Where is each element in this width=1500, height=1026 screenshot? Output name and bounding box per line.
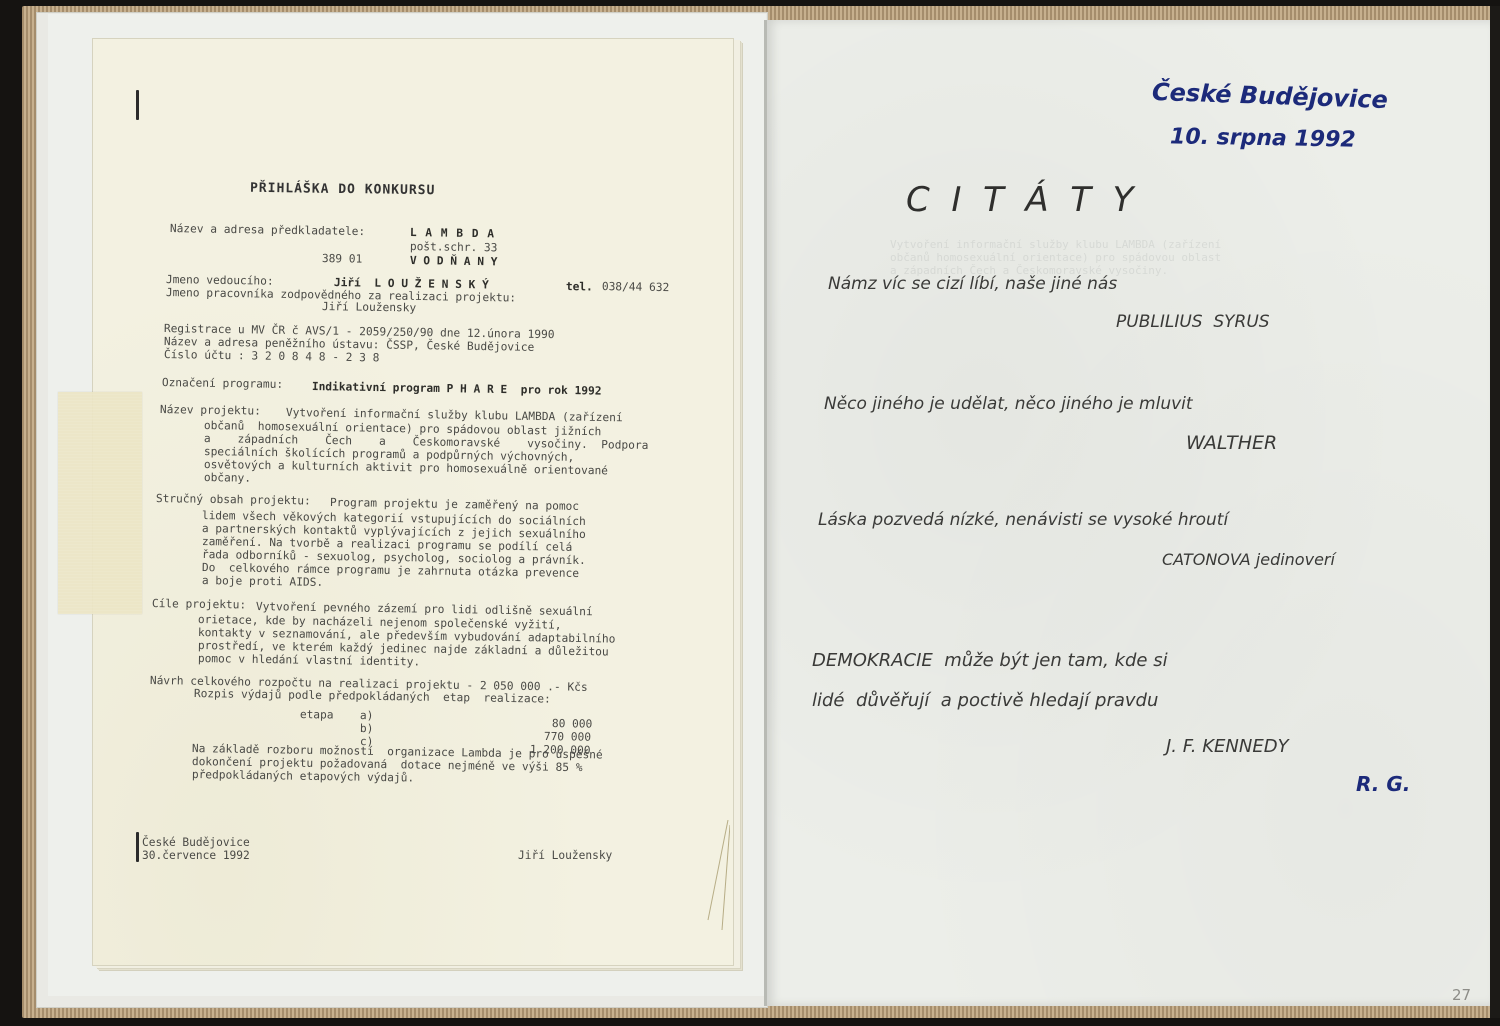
project-name-line: občany. [204, 471, 251, 485]
applicant-pobox: pošt.schr. 33 [410, 240, 498, 255]
leader-tel-label: tel. [566, 280, 593, 294]
document-place: České Budějovice [142, 836, 250, 849]
summary-line: a boje proti AIDS. [202, 574, 323, 589]
quote-text: Námz víc se cizí líbí, naše jiné nás [828, 274, 1117, 294]
quote-text: Láska pozvedá nízké, nenávisti se vysoké… [818, 510, 1228, 530]
quote-author: CATONOVA jedinoverí [1162, 550, 1335, 569]
handwritten-initials: R. G. [1356, 772, 1410, 796]
page-fold-marks [700, 820, 730, 960]
summary-label: Stručný obsah projektu: [156, 492, 311, 508]
applicant-zip: 389 01 [322, 252, 363, 266]
bleed-through-text: Vytvoření informační služby klubu LAMBDA… [890, 238, 1221, 277]
staple-bottom [136, 832, 139, 862]
quote-text: DEMOKRACIE může být jen tam, kde si [812, 650, 1168, 671]
quotes-heading: C I T Á T Y [906, 180, 1133, 220]
goals-label: Cíle projektu: [152, 597, 246, 612]
right-edge-shadow [1490, 6, 1500, 1018]
quote-author: J. F. KENNEDY [1166, 736, 1289, 757]
page-number: 27 [1452, 986, 1471, 1004]
stage-letter: a) [360, 709, 374, 722]
handwritten-date: 10. srpna 1992 [1170, 124, 1356, 152]
quote-text: lidé důvěřují a poctivě hledají pravdu [812, 690, 1158, 711]
stage-label: etapa [300, 708, 334, 722]
staple-top [136, 90, 139, 120]
quote-text: Něco jiného je udělat, něco jiného je ml… [824, 394, 1193, 414]
adhesive-tape [58, 392, 142, 614]
stage-letter: b) [360, 722, 374, 735]
project-name-label: Název projektu: [160, 403, 261, 418]
stage-amount: 80 000 [552, 717, 593, 731]
document-date: 30.července 1992 [142, 849, 250, 862]
applicant-city: V O D Ň A N Y [410, 254, 498, 269]
book-gutter [764, 20, 767, 1006]
applicant-name: L A M B D A [410, 226, 495, 241]
quote-author: PUBLILIUS SYRUS [1116, 312, 1270, 332]
document-title: PŘIHLÁŠKA DO KONKURSU [250, 181, 436, 199]
responsible-name: Jiří Loužensky [322, 300, 416, 315]
stage-amount: 770 000 [544, 730, 591, 744]
leader-tel: 038/44 632 [602, 280, 670, 294]
document-signature: Jiří Loužensky [518, 849, 612, 862]
quote-author: WALTHER [1186, 432, 1277, 454]
program-label: Označení programu: [162, 376, 283, 391]
